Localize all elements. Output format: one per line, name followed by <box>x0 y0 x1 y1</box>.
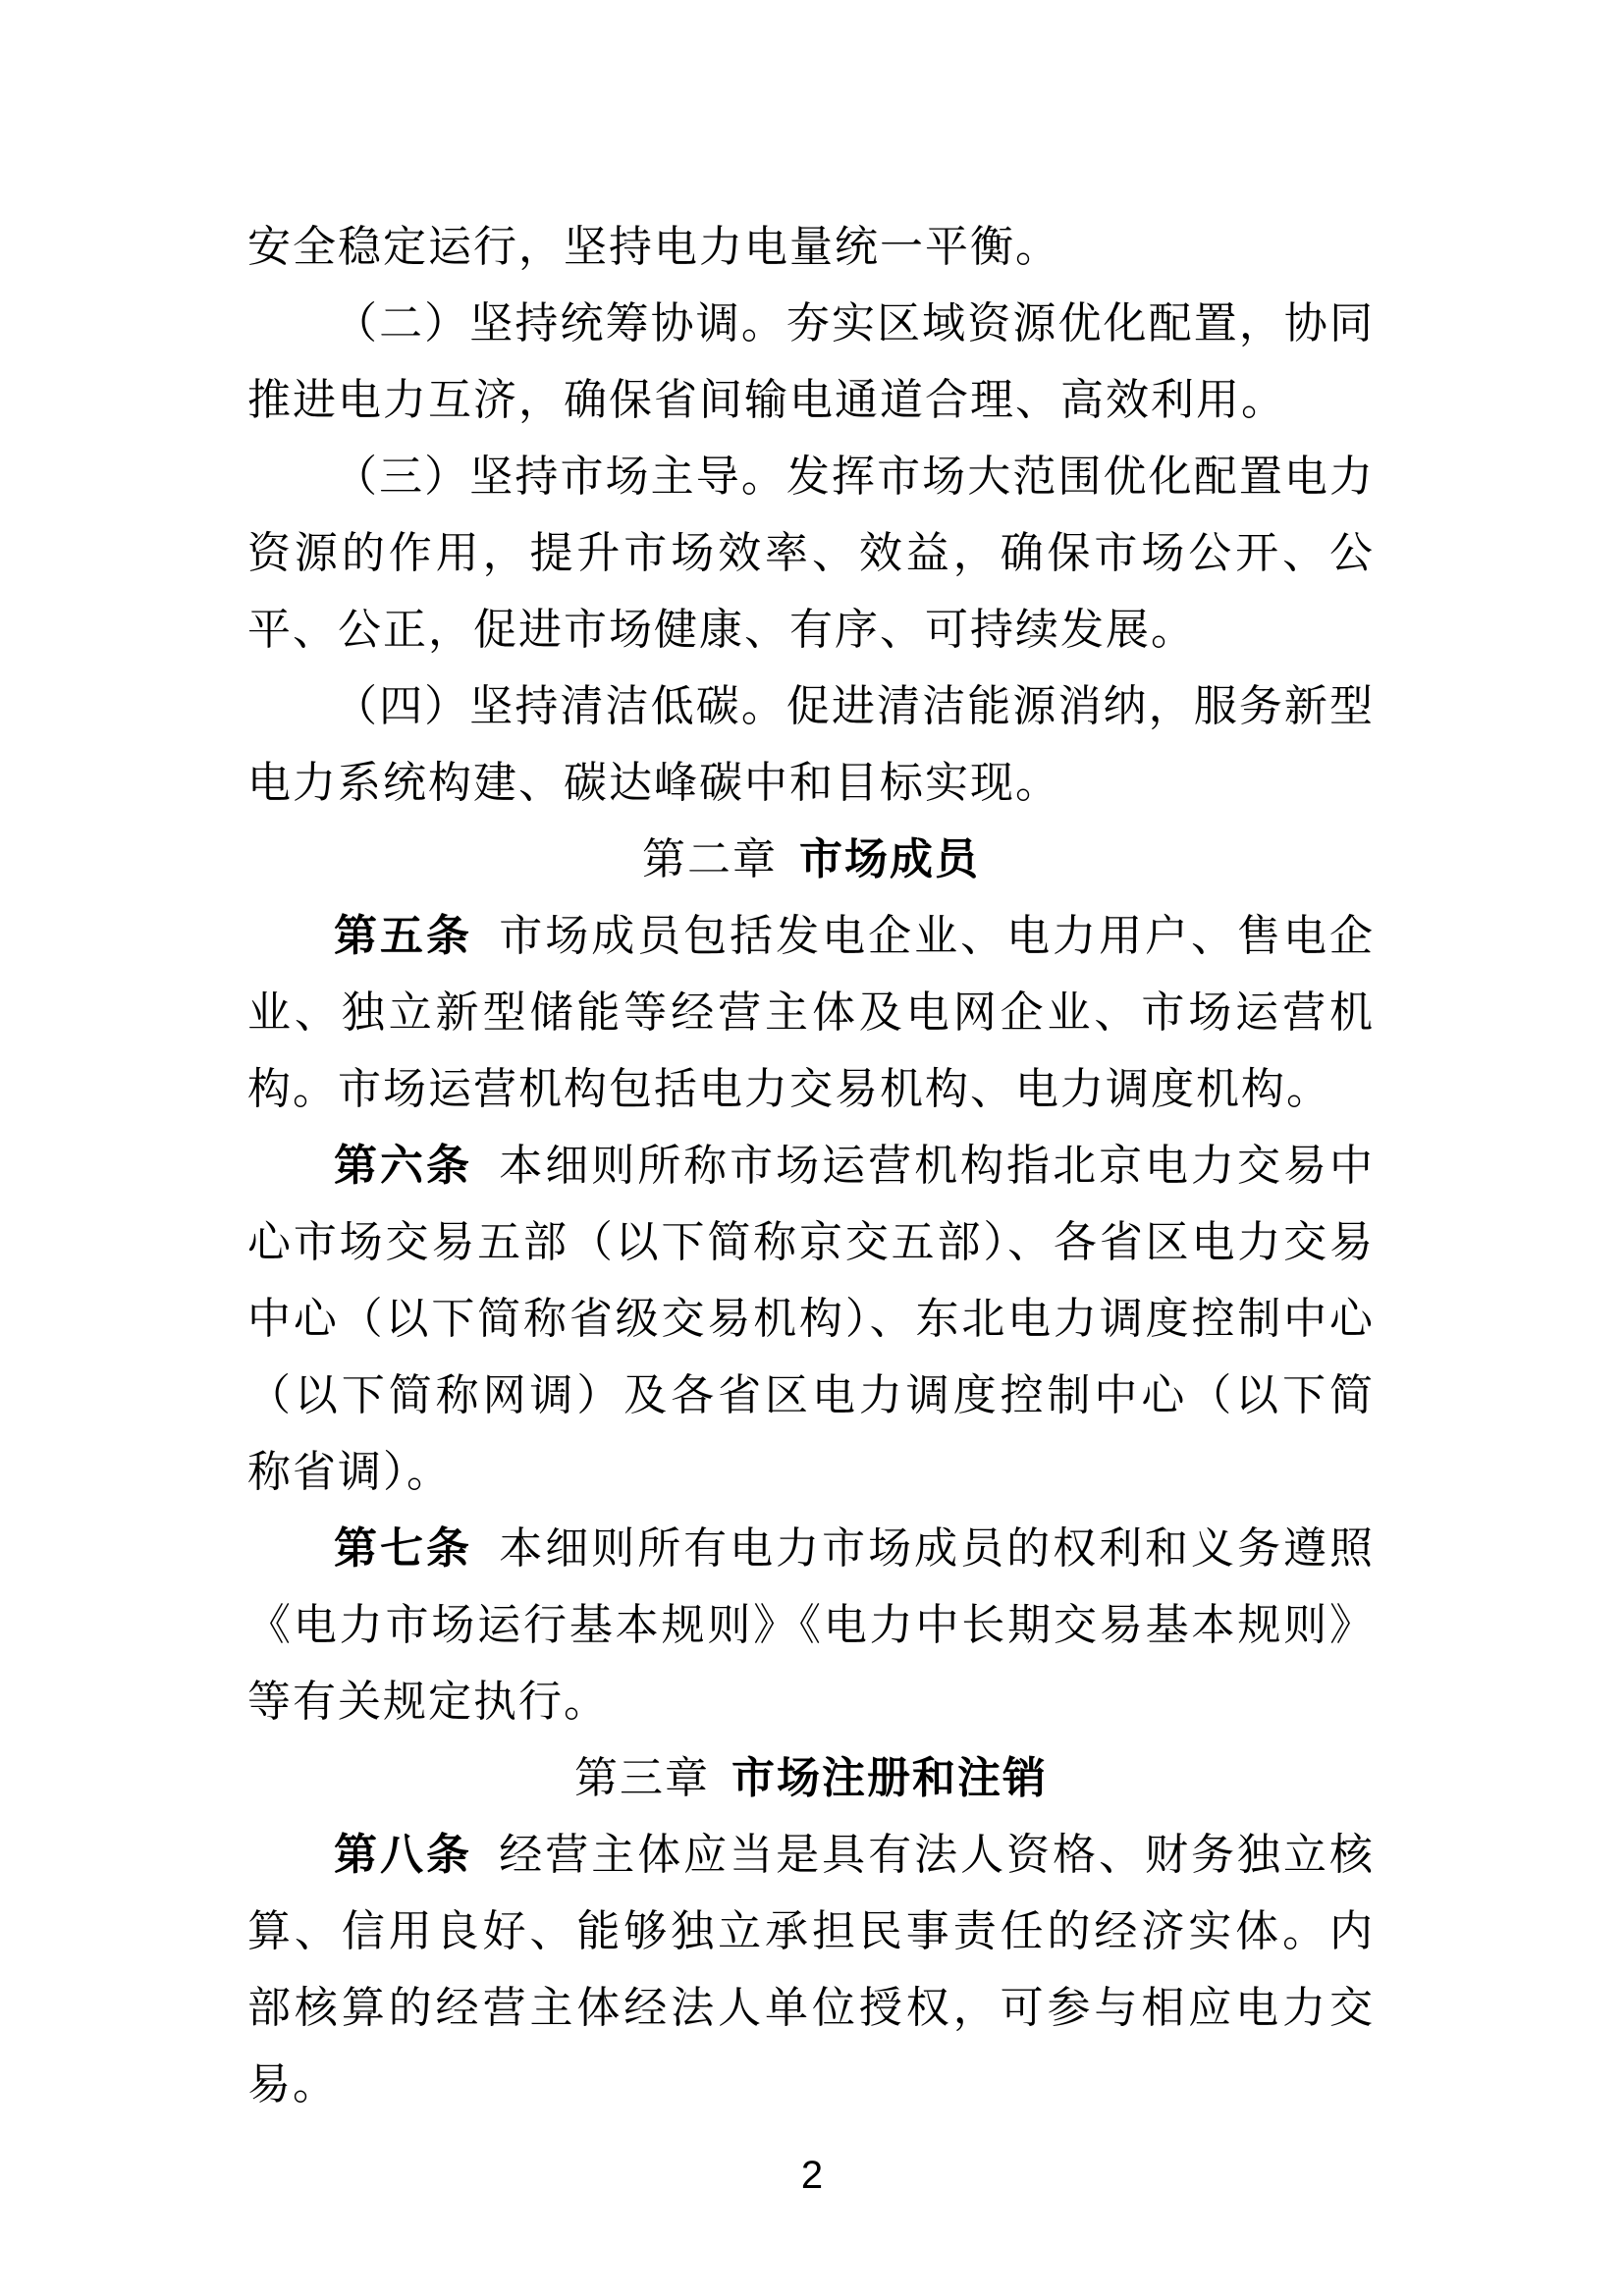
article-number: 第七条 <box>334 1524 472 1573</box>
page-number: 2 <box>0 2152 1624 2199</box>
paragraph-principle-2: （二）坚持统筹协调。夯实区域资源优化配置，协同推进电力互济，确保省间输电通道合理… <box>247 286 1375 439</box>
chapter-heading-2: 第二章市场成员 <box>247 822 1375 898</box>
chapter-title: 市场成员 <box>799 835 980 883</box>
document-body: 安全稳定运行，坚持电力电量统一平衡。 （二）坚持统筹协调。夯实区域资源优化配置，… <box>247 209 1375 2123</box>
article-number: 第五条 <box>334 912 472 960</box>
article-paragraph-6: 第六条本细则所称市场运营机构指北京电力交易中心市场交易五部（以下简称京交五部）、… <box>247 1128 1375 1511</box>
article-paragraph-7: 第七条本细则所有电力市场成员的权利和义务遵照《电力市场运行基本规则》《电力中长期… <box>247 1511 1375 1740</box>
article-number: 第八条 <box>334 1831 472 1879</box>
chapter-label: 第二章 <box>642 835 778 883</box>
paragraph-principle-4: （四）坚持清洁低碳。促进清洁能源消纳，服务新型电力系统构建、碳达峰碳中和目标实现… <box>247 668 1375 822</box>
paragraph-principle-3: （三）坚持市场主导。发挥市场大范围优化配置电力资源的作用，提升市场效率、效益，确… <box>247 439 1375 668</box>
article-paragraph-5: 第五条市场成员包括发电企业、电力用户、售电企业、独立新型储能等经营主体及电网企业… <box>247 898 1375 1128</box>
article-paragraph-8: 第八条经营主体应当是具有法人资格、财务独立核算、信用良好、能够独立承担民事责任的… <box>247 1817 1375 2123</box>
chapter-label: 第三章 <box>574 1754 710 1802</box>
article-text: 本细则所称市场运营机构指北京电力交易中心市场交易五部（以下简称京交五部）、各省区… <box>247 1142 1375 1496</box>
paragraph-continuation: 安全稳定运行，坚持电力电量统一平衡。 <box>247 209 1375 286</box>
document-page: 安全稳定运行，坚持电力电量统一平衡。 （二）坚持统筹协调。夯实区域资源优化配置，… <box>0 0 1624 2296</box>
article-number: 第六条 <box>334 1142 472 1190</box>
chapter-title: 市场注册和注销 <box>731 1754 1048 1802</box>
chapter-heading-3: 第三章市场注册和注销 <box>247 1740 1375 1817</box>
